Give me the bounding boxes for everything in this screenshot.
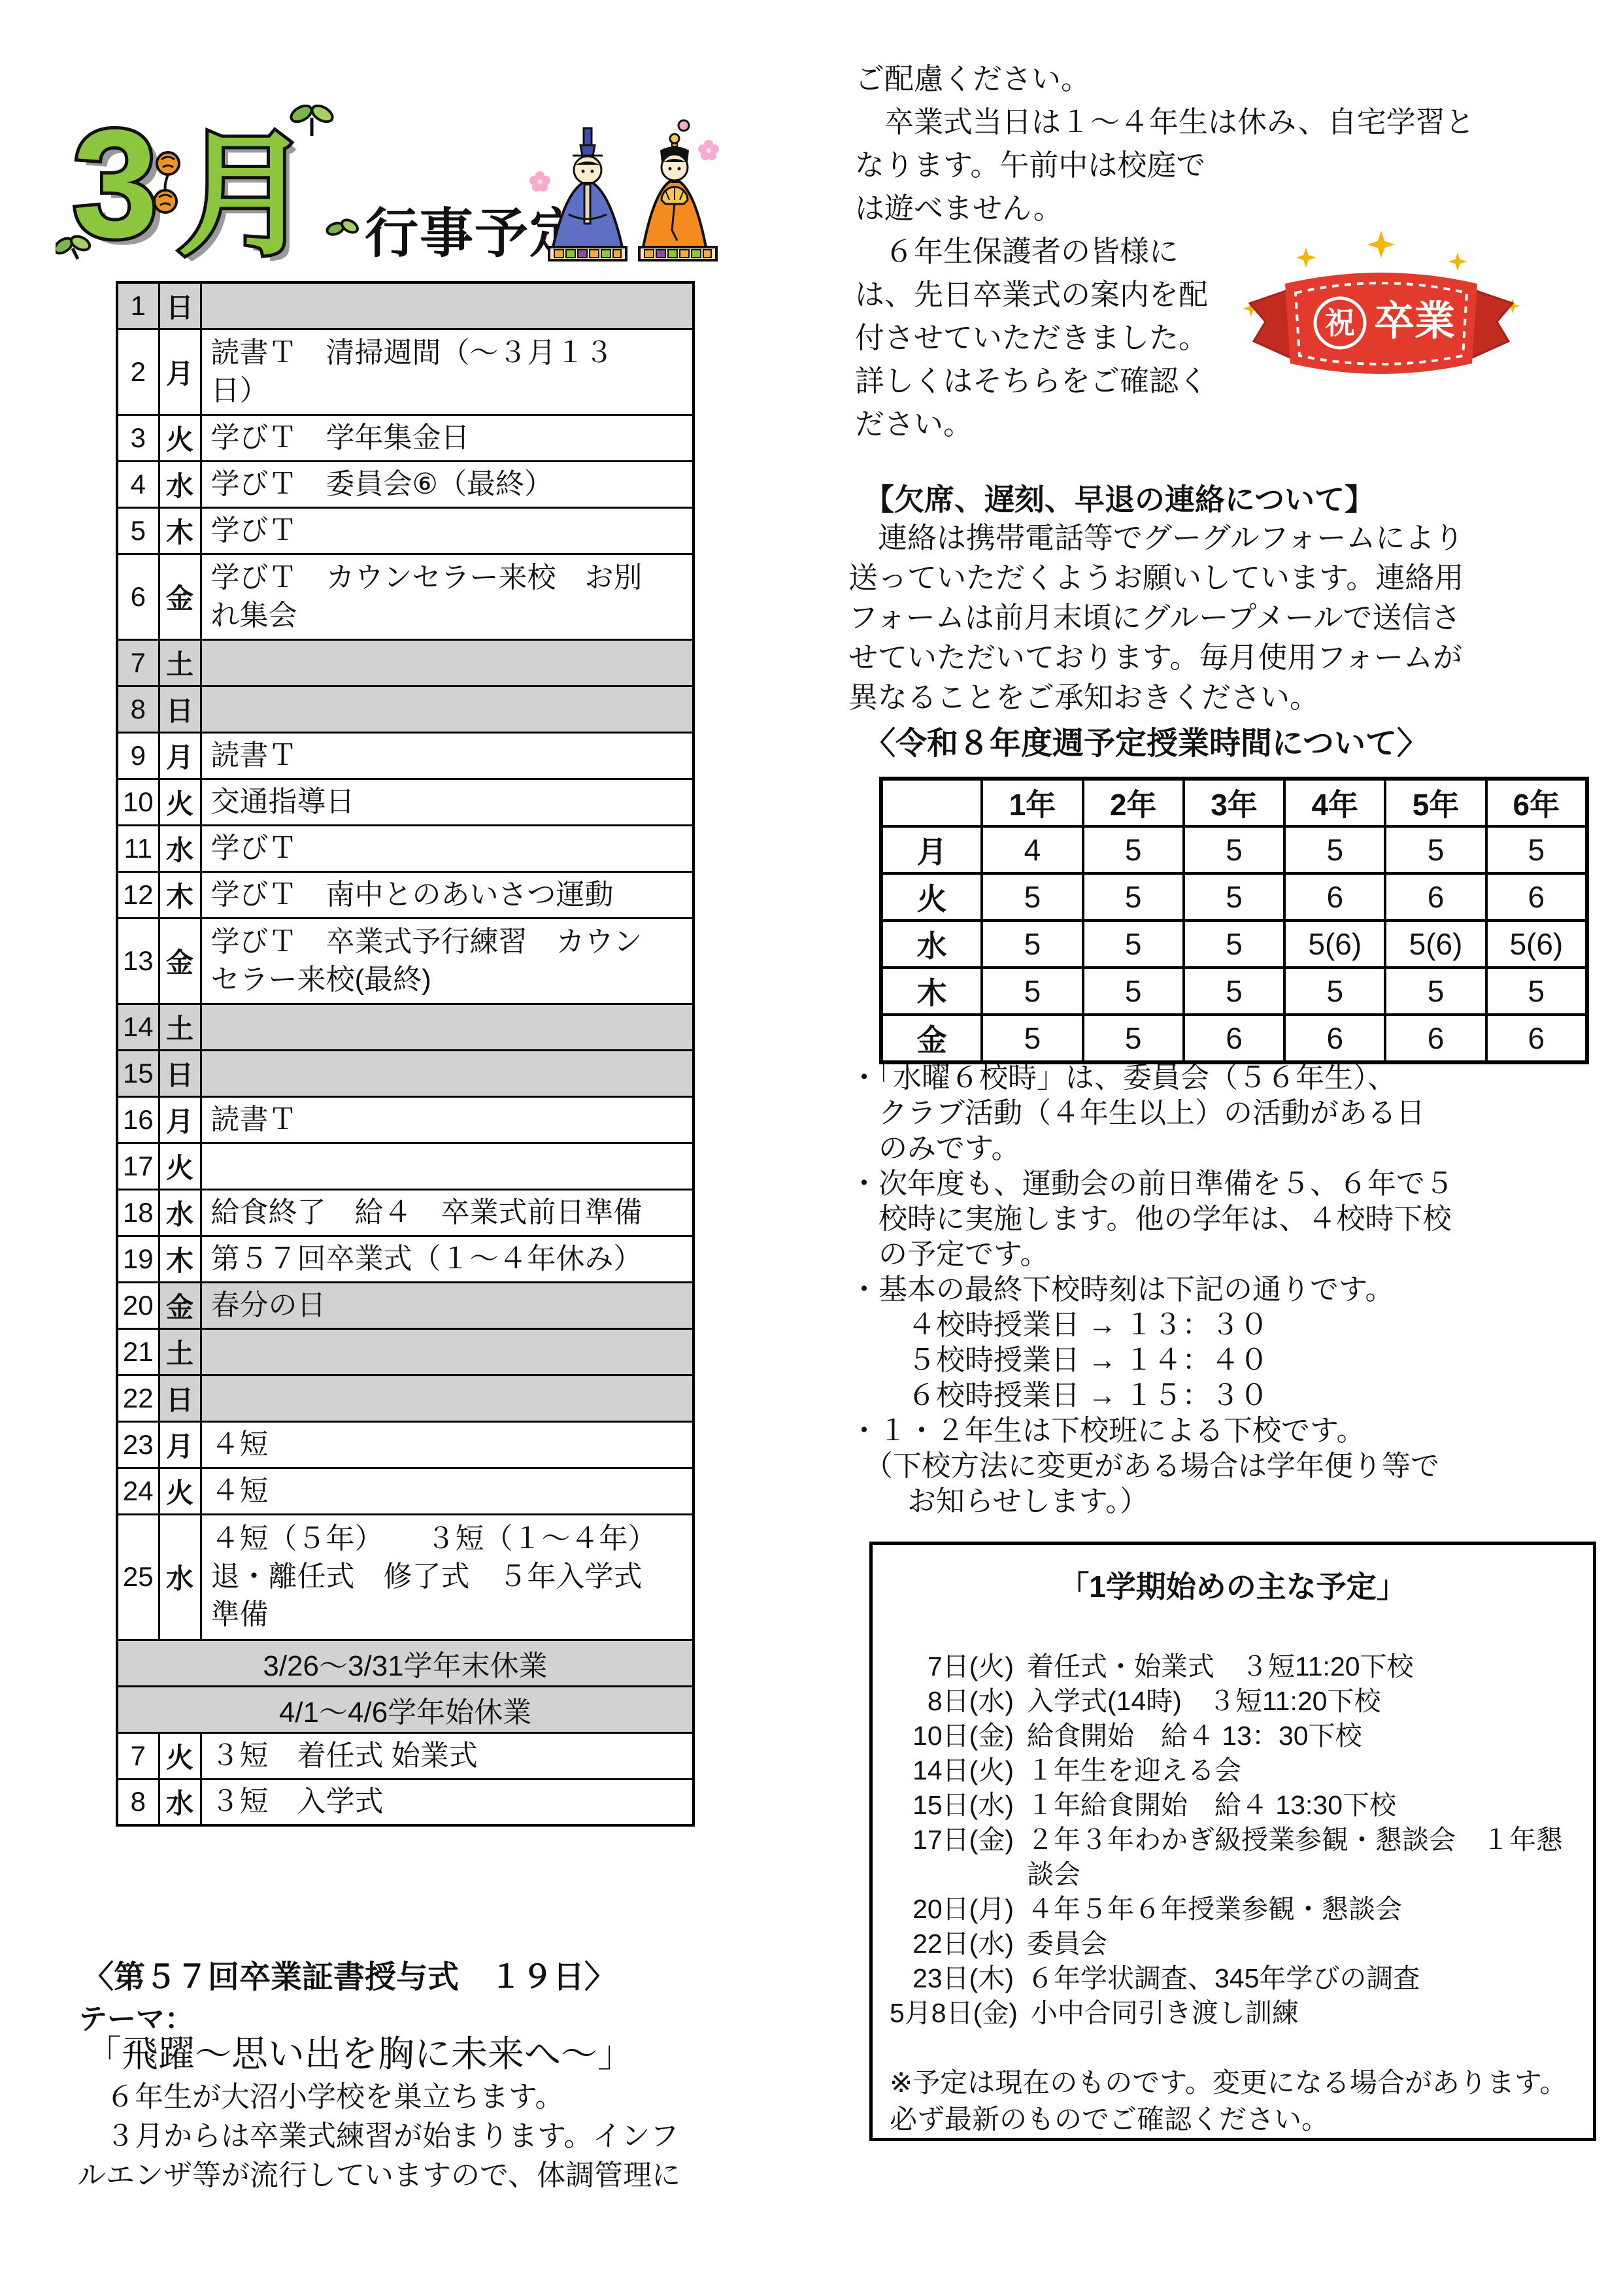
date-cell: 7: [117, 639, 159, 686]
vacation-banner: 3/26～3/31学年末休業: [117, 1640, 694, 1686]
date-cell: 25: [117, 1514, 159, 1640]
date-cell: 20: [117, 1282, 159, 1328]
calendar-row: 10火交通指導日: [117, 779, 694, 825]
calendar-row: 1日: [117, 282, 694, 329]
hours-day-cell: 金: [881, 1015, 982, 1062]
hina-dolls-illustration: [515, 116, 731, 270]
event-cell: 学びＴ: [201, 507, 694, 554]
calendar-row: 19木第５７回卒業式（１～４年休み）: [117, 1236, 694, 1282]
event-cell: ３短 着任式 始業式: [201, 1732, 694, 1779]
weekday-cell: 土: [159, 639, 201, 686]
event-cell: ４短: [201, 1468, 694, 1514]
contact-section-heading: 【欠席、遅刻、早退の連絡について】: [864, 476, 1375, 519]
hours-value-cell: 4: [982, 826, 1082, 873]
hours-value-cell: 5: [1385, 826, 1486, 873]
calendar-row: 17火: [117, 1143, 694, 1189]
date-cell: 16: [117, 1096, 159, 1143]
schedule-item: 8日(水)入学式(14時) ３短11:20下校: [890, 1684, 1576, 1719]
hours-value-cell: 5: [1184, 826, 1284, 873]
event-cell: [201, 686, 694, 732]
event-cell: [201, 1050, 694, 1096]
hours-grade-header: 6年: [1486, 779, 1587, 826]
hours-day-cell: 月: [881, 826, 982, 873]
vacation-banner: 4/1～4/6学年始休業: [117, 1686, 694, 1732]
date-cell: 12: [117, 871, 159, 918]
hours-value-cell: 5: [1083, 1015, 1184, 1062]
calendar-row: 15日: [117, 1050, 694, 1096]
schedule-item: 23日(木)６年学状調査、345年学びの調査: [890, 1961, 1576, 1996]
logo-month-char: 月: [177, 121, 311, 271]
emperor-doll: [549, 128, 626, 260]
hours-grade-header: 5年: [1385, 779, 1486, 826]
weekday-cell: 水: [159, 1779, 201, 1825]
weekday-cell: 金: [159, 554, 201, 639]
hours-value-cell: 5: [1486, 826, 1587, 873]
calendar-row: 4水学びＴ 委員会⑥（最終）: [117, 461, 694, 507]
calendar-row: 3火学びＴ 学年集金日: [117, 414, 694, 461]
hours-section-heading: 〈令和８年度週予定授業時間について〉: [864, 718, 1428, 763]
calendar-row: 22日: [117, 1375, 694, 1421]
weekday-cell: 火: [159, 1732, 201, 1779]
date-cell: 8: [117, 686, 159, 732]
schedule-item-date: 23日(木): [890, 1961, 1027, 1996]
hours-grade-header: 3年: [1184, 779, 1284, 826]
weekday-cell: 水: [159, 1189, 201, 1236]
weekday-cell: 土: [159, 1328, 201, 1375]
hours-value-cell: 5: [1284, 826, 1385, 873]
flower-icon: [529, 120, 719, 192]
schedule-item-text: １年給食開始 給４ 13:30下校: [1027, 1788, 1576, 1823]
schedule-box-note: ※予定は現在のものです。変更になる場合があります。必ず最新のものでご確認ください…: [890, 2065, 1576, 2138]
date-cell: 22: [117, 1375, 159, 1421]
weekday-cell: 水: [159, 825, 201, 871]
event-cell: 学びＴ 卒業式予行練習 カウン セラー来校(最終): [201, 918, 694, 1004]
calendar-row: 7土: [117, 639, 694, 686]
date-cell: 10: [117, 779, 159, 825]
sprout-icon: [326, 218, 360, 237]
hours-value-cell: 5: [1083, 873, 1184, 920]
event-cell: 給食終了 給４ 卒業式前日準備: [201, 1189, 694, 1236]
schedule-box-items: 7日(火)着任式・始業式 ３短11:20下校8日(水)入学式(14時) ３短11…: [890, 1649, 1576, 2031]
date-cell: 1: [117, 282, 159, 329]
hours-header-row: 1年2年3年4年5年6年: [881, 779, 1587, 826]
calendar-row: 20金春分の日: [117, 1282, 694, 1328]
schedule-item-date: 22日(水): [890, 1927, 1027, 1961]
schedule-item-date: 14日(火): [890, 1753, 1027, 1788]
hours-value-cell: 5: [1184, 873, 1284, 920]
graduation-theme: 「飛躍～思い出を胸に未来へ～」: [85, 2025, 634, 2078]
hours-value-cell: 6: [1284, 873, 1385, 920]
schedule-item-text: １年生を迎える会: [1027, 1753, 1576, 1788]
calendar-banner-row: 3/26～3/31学年末休業: [117, 1640, 694, 1686]
schedule-item: 5月8日(金)小中合同引き渡し訓練: [890, 1996, 1576, 2031]
calendar-row: 5木学びＴ: [117, 507, 694, 554]
hours-value-cell: 5: [1083, 826, 1184, 873]
schedule-item: 20日(月)４年５年６年授業参観・懇談会: [890, 1892, 1576, 1927]
schedule-item-text: 小中合同引き渡し訓練: [1031, 1996, 1576, 2031]
hours-value-cell: 6: [1486, 1015, 1587, 1062]
hours-value-cell: 5: [1184, 920, 1284, 968]
event-cell: 学びＴ カウンセラー来校 お別 れ集会: [201, 554, 694, 639]
calendar-row: 7火３短 着任式 始業式: [117, 1732, 694, 1779]
newsletter-page: 3 月 3 月 行事予定: [0, 0, 1623, 2296]
event-cell: 読書Ｔ: [201, 732, 694, 779]
event-cell: [201, 1375, 694, 1421]
calendar-row: 23月４短: [117, 1421, 694, 1468]
weekday-cell: 火: [159, 1468, 201, 1514]
date-cell: 18: [117, 1189, 159, 1236]
hours-grade-header: [881, 779, 982, 826]
hours-value-cell: 5: [1486, 968, 1587, 1015]
schedule-item: 22日(水)委員会: [890, 1927, 1576, 1961]
event-cell: ３短 入学式: [201, 1779, 694, 1825]
date-cell: 19: [117, 1236, 159, 1282]
calendar-banner-row: 4/1～4/6学年始休業: [117, 1686, 694, 1732]
schedule-item-text: 給食開始 給４ 13：30下校: [1027, 1719, 1576, 1753]
note-item: ・１・２年生は下校班による下校です。 （下校方法に変更がある場合は学年便り等で …: [850, 1413, 1601, 1519]
weekday-cell: 月: [159, 329, 201, 414]
event-cell: [201, 639, 694, 686]
note-item: ・次年度も、運動会の前日準備を５、６年で５ 校時に実施します。他の学年は、４校時…: [850, 1166, 1601, 1272]
schedule-item-text: 入学式(14時) ３短11:20下校: [1027, 1684, 1576, 1719]
schedule-item: 17日(金)２年３年わかぎ級授業参観・懇談会 １年懇談会: [890, 1823, 1576, 1892]
hours-value-cell: 6: [1284, 1015, 1385, 1062]
weekday-cell: 金: [159, 918, 201, 1004]
graduation-heading: 〈第５７回卒業証書授与式 １９日〉: [82, 1951, 616, 1997]
weekday-cell: 水: [159, 461, 201, 507]
date-cell: 13: [117, 918, 159, 1004]
date-cell: 23: [117, 1421, 159, 1468]
hours-value-cell: 5(6): [1284, 920, 1385, 968]
date-cell: 3: [117, 414, 159, 461]
hours-value-cell: 5: [1083, 920, 1184, 968]
weekday-cell: 木: [159, 1236, 201, 1282]
hours-day-cell: 水: [881, 920, 982, 968]
schedule-item-date: 7日(火): [890, 1649, 1027, 1684]
event-cell: 学びＴ 南中とのあいさつ運動: [201, 871, 694, 918]
event-cell: 学びＴ 委員会⑥（最終）: [201, 461, 694, 507]
date-cell: 14: [117, 1004, 159, 1050]
hours-value-cell: 5: [982, 873, 1082, 920]
hours-value-cell: 6: [1385, 1015, 1486, 1062]
hours-value-cell: 5(6): [1385, 920, 1486, 968]
schedule-item-text: ６年学状調査、345年学びの調査: [1027, 1961, 1576, 1996]
weekday-cell: 金: [159, 1282, 201, 1328]
date-cell: 4: [117, 461, 159, 507]
hours-value-cell: 6: [1486, 873, 1587, 920]
weekday-cell: 月: [159, 1096, 201, 1143]
calendar-row: 13金学びＴ 卒業式予行練習 カウン セラー来校(最終): [117, 918, 694, 1004]
weekday-cell: 月: [159, 1421, 201, 1468]
hours-value-cell: 5: [982, 1015, 1082, 1062]
schedule-item-text: ４年５年６年授業参観・懇談会: [1027, 1892, 1576, 1927]
schedule-item-date: 5月8日(金): [890, 1996, 1031, 2031]
calendar-row: 6金学びＴ カウンセラー来校 お別 れ集会: [117, 554, 694, 639]
hours-grade-header: 1年: [982, 779, 1082, 826]
calendar-row: 12木学びＴ 南中とのあいさつ運動: [117, 871, 694, 918]
schedule-item: 7日(火)着任式・始業式 ３短11:20下校: [890, 1649, 1576, 1684]
hours-row: 月455555: [881, 826, 1587, 873]
schedule-item: 14日(火)１年生を迎える会: [890, 1753, 1576, 1788]
event-cell: 交通指導日: [201, 779, 694, 825]
calendar-row: 8水３短 入学式: [117, 1779, 694, 1825]
date-cell: 11: [117, 825, 159, 871]
event-cell: [201, 282, 694, 329]
first-term-schedule-box: 「1学期始めの主な予定」 7日(火)着任式・始業式 ３短11:20下校8日(水)…: [869, 1542, 1596, 2141]
date-cell: 8: [117, 1779, 159, 1825]
ribbon-sotsugyo-text: 卒業: [1374, 299, 1455, 344]
date-cell: 17: [117, 1143, 159, 1189]
schedule-box-title: 「1学期始めの主な予定」: [890, 1563, 1576, 1606]
weekly-hours-table: 1年2年3年4年5年6年 月455555火555666水5555(6)5(6)5…: [879, 777, 1589, 1064]
calendar-row: 24火４短: [117, 1468, 694, 1514]
schedule-item-date: 10日(金): [890, 1719, 1027, 1753]
calendar-row: 11水学びＴ: [117, 825, 694, 871]
hours-value-cell: 5: [982, 968, 1082, 1015]
note-item: ・基本の最終下校時刻は下記の通りです。 ４校時授業日 → １３：３０ ５校時授業…: [850, 1272, 1601, 1413]
schedule-item-text: ２年３年わかぎ級授業参観・懇談会 １年懇談会: [1027, 1823, 1576, 1892]
calendar-row: 16月読書Ｔ: [117, 1096, 694, 1143]
hours-value-cell: 6: [1184, 1015, 1284, 1062]
hours-value-cell: 5(6): [1486, 920, 1587, 968]
event-cell: ４短: [201, 1421, 694, 1468]
hours-value-cell: 5: [1184, 968, 1284, 1015]
event-cell: 春分の日: [201, 1282, 694, 1328]
hours-value-cell: 5: [982, 920, 1082, 968]
schedule-item: 15日(水)１年給食開始 給４ 13:30下校: [890, 1788, 1576, 1823]
march-logo: 3 月 3 月: [56, 92, 363, 275]
hours-day-cell: 木: [881, 968, 982, 1015]
calendar-row: 14土: [117, 1004, 694, 1050]
date-cell: 21: [117, 1328, 159, 1375]
weekday-cell: 土: [159, 1004, 201, 1050]
hours-row: 金556666: [881, 1015, 1587, 1062]
date-cell: 7: [117, 1732, 159, 1779]
weekday-cell: 日: [159, 1050, 201, 1096]
date-cell: 5: [117, 507, 159, 554]
hours-value-cell: 6: [1385, 873, 1486, 920]
contact-section-body: 連絡は携帯電話等でグーグルフォームにより 送っていただくようお願いしています。連…: [848, 518, 1594, 717]
schedule-item-date: 17日(金): [890, 1823, 1027, 1892]
hours-day-cell: 火: [881, 873, 982, 920]
calendar-row: 25水４短（５年） ３短（１～４年） 退・離任式 修了式 ５年入学式 準備: [117, 1514, 694, 1640]
date-cell: 6: [117, 554, 159, 639]
event-cell: 学びＴ: [201, 825, 694, 871]
graduation-body: ６年生が大沼小学校を巣立ちます。 ３月からは卒業式練習が始まります。インフ ルエ…: [77, 2078, 803, 2195]
calendar-row: 2月読書Ｔ 清掃週間（～３月１３ 日）: [117, 329, 694, 414]
hours-grade-header: 2年: [1083, 779, 1184, 826]
calendar-row: 8日: [117, 686, 694, 732]
weekday-cell: 月: [159, 732, 201, 779]
hours-row: 水5555(6)5(6)5(6): [881, 920, 1587, 968]
hours-value-cell: 5: [1385, 968, 1486, 1015]
hours-grade-header: 4年: [1284, 779, 1385, 826]
notes-list: ・「水曜６校時」は、委員会（５６年生）、 クラブ活動（４年生以上）の活動がある日…: [850, 1060, 1601, 1519]
weekday-cell: 火: [159, 1143, 201, 1189]
schedule-item-date: 8日(水): [890, 1684, 1027, 1719]
schedule-item-text: 着任式・始業式 ３短11:20下校: [1027, 1649, 1576, 1684]
hours-value-cell: 5: [1083, 968, 1184, 1015]
weekday-cell: 火: [159, 779, 201, 825]
date-cell: 24: [117, 1468, 159, 1514]
schedule-item-date: 20日(月): [890, 1892, 1027, 1927]
event-cell: [201, 1328, 694, 1375]
event-cell: [201, 1143, 694, 1189]
date-cell: 15: [117, 1050, 159, 1096]
hours-value-cell: 5: [1284, 968, 1385, 1015]
hours-row: 木555555: [881, 968, 1587, 1015]
ribbon-shuku-text: 祝: [1325, 306, 1355, 340]
event-cell: ４短（５年） ３短（１～４年） 退・離任式 修了式 ５年入学式 準備: [201, 1514, 694, 1640]
event-cell: 読書Ｔ: [201, 1096, 694, 1143]
weekday-cell: 木: [159, 871, 201, 918]
graduation-ribbon-icon: 祝 卒業: [1228, 230, 1535, 394]
date-cell: 2: [117, 329, 159, 414]
calendar-row: 9月読書Ｔ: [117, 732, 694, 779]
event-cell: 読書Ｔ 清掃週間（～３月１３ 日）: [201, 329, 694, 414]
schedule-item-text: 委員会: [1027, 1927, 1576, 1961]
calendar-row: 21土: [117, 1328, 694, 1375]
weekday-cell: 木: [159, 507, 201, 554]
weekday-cell: 日: [159, 282, 201, 329]
weekday-cell: 日: [159, 1375, 201, 1421]
note-item: ・「水曜６校時」は、委員会（５６年生）、 クラブ活動（４年生以上）の活動がある日…: [850, 1060, 1601, 1166]
schedule-item-date: 15日(水): [890, 1788, 1027, 1823]
event-cell: 学びＴ 学年集金日: [201, 414, 694, 461]
march-calendar-table: 1日2月読書Ｔ 清掃週間（～３月１３ 日）3火学びＴ 学年集金日4水学びＴ 委員…: [116, 281, 695, 1827]
event-cell: 第５７回卒業式（１～４年休み）: [201, 1236, 694, 1282]
hours-row: 火555666: [881, 873, 1587, 920]
calendar-row: 18水給食終了 給４ 卒業式前日準備: [117, 1189, 694, 1236]
event-cell: [201, 1004, 694, 1050]
weekday-cell: 水: [159, 1514, 201, 1640]
date-cell: 9: [117, 732, 159, 779]
weekday-cell: 火: [159, 414, 201, 461]
weekday-cell: 日: [159, 686, 201, 732]
schedule-item: 10日(金)給食開始 給４ 13：30下校: [890, 1719, 1576, 1753]
